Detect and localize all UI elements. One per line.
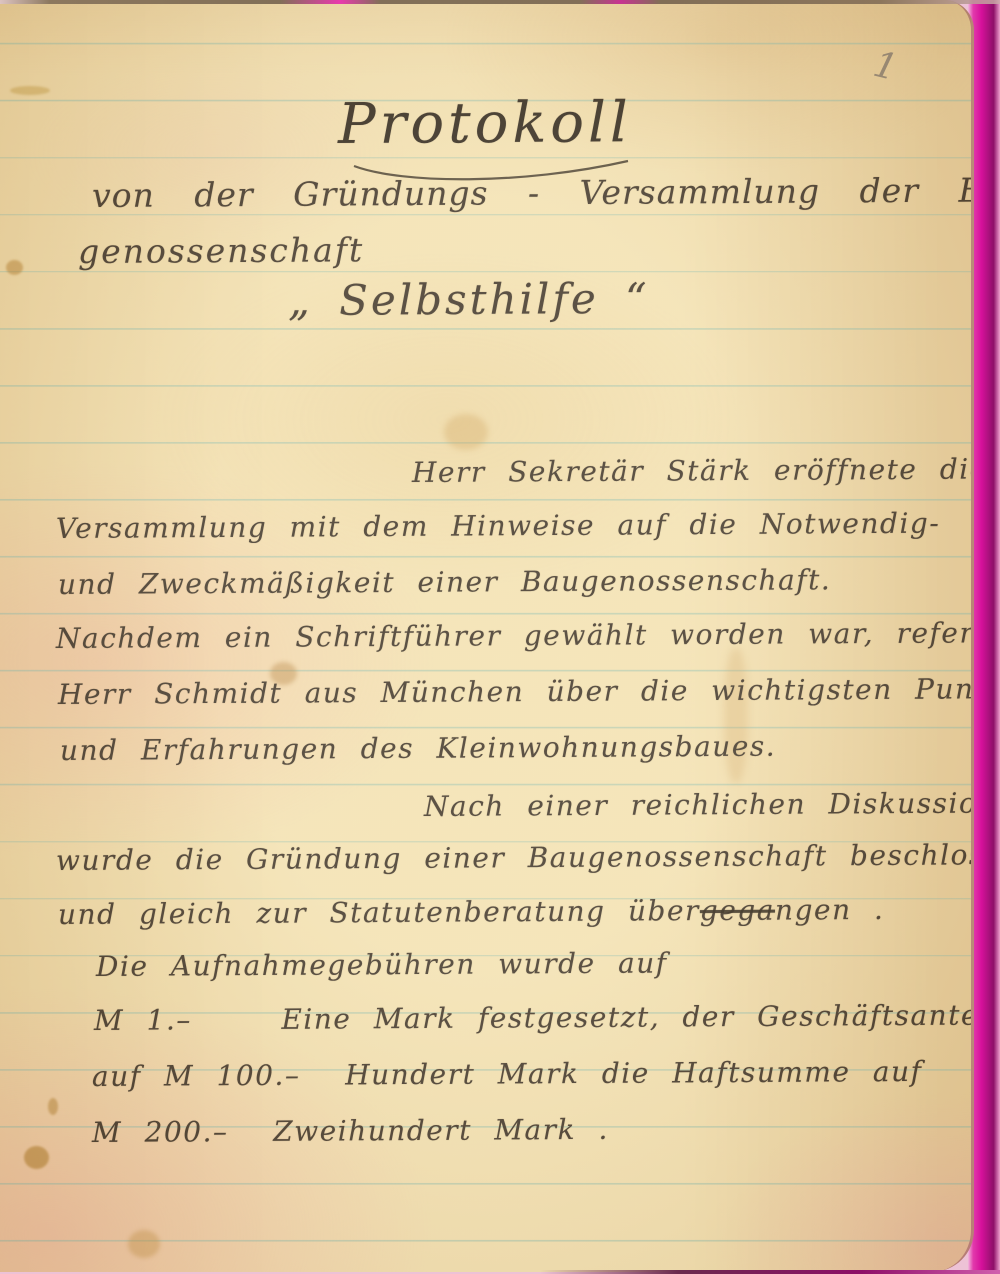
- page-edge-bottom: [540, 1270, 1000, 1274]
- body-line: M 200.– Zweihundert Mark .: [92, 1113, 609, 1149]
- stain: [6, 260, 23, 275]
- body-line: und Zweckmäßigkeit einer Baugenossenscha…: [58, 563, 831, 601]
- body-line: Nach einer reichlichen Diskussion: [424, 787, 974, 823]
- body-line: Herr Schmidt aus München über die wichti…: [58, 672, 974, 711]
- body-line: M 1.– Eine Mark festgesetzt, der Geschäf…: [94, 998, 974, 1037]
- association-name-quote: „ Selbsthilfe “: [288, 274, 650, 325]
- strike-segment-struck: gega: [700, 894, 775, 927]
- strike-segment-before: und gleich zur Statutenberatung über: [58, 894, 700, 931]
- stain: [444, 414, 488, 450]
- scanned-notebook-page: 1 Protokoll von der Gründungs - Versamml…: [0, 0, 1000, 1274]
- stain: [128, 1230, 160, 1258]
- body-line: und Erfahrungen des Kleinwohnungsbaues.: [60, 730, 776, 767]
- stain: [24, 1146, 49, 1169]
- body-line: Versammlung mit dem Hinweise auf die Not…: [56, 507, 940, 545]
- ruled-paper: 1 Protokoll von der Gründungs - Versamml…: [0, 0, 974, 1272]
- body-line-with-strikethrough: und gleich zur Statutenberatung übergega…: [58, 893, 885, 931]
- stain: [48, 1098, 58, 1115]
- heading-line: genossenschaft: [78, 230, 364, 271]
- heading-line: von der Gründungs - Versammlung der Bau …: [92, 170, 974, 215]
- body-line: Die Aufnahmegebühren wurde auf: [96, 947, 668, 983]
- body-line: Nachdem ein Schriftführer gewählt worden…: [56, 616, 974, 655]
- body-line: wurde die Gründung einer Baugenossenscha…: [56, 838, 974, 877]
- page-edge-top: [0, 0, 1000, 4]
- body-line: Herr Sekretär Stärk eröffnete die: [412, 452, 974, 489]
- page-number-pencil: 1: [869, 44, 901, 89]
- document-title: Protokoll: [338, 90, 632, 157]
- stain: [10, 86, 50, 95]
- body-line: auf M 100.– Hundert Mark die Haftsumme a…: [92, 1055, 923, 1093]
- strike-segment-after: ngen .: [775, 893, 885, 927]
